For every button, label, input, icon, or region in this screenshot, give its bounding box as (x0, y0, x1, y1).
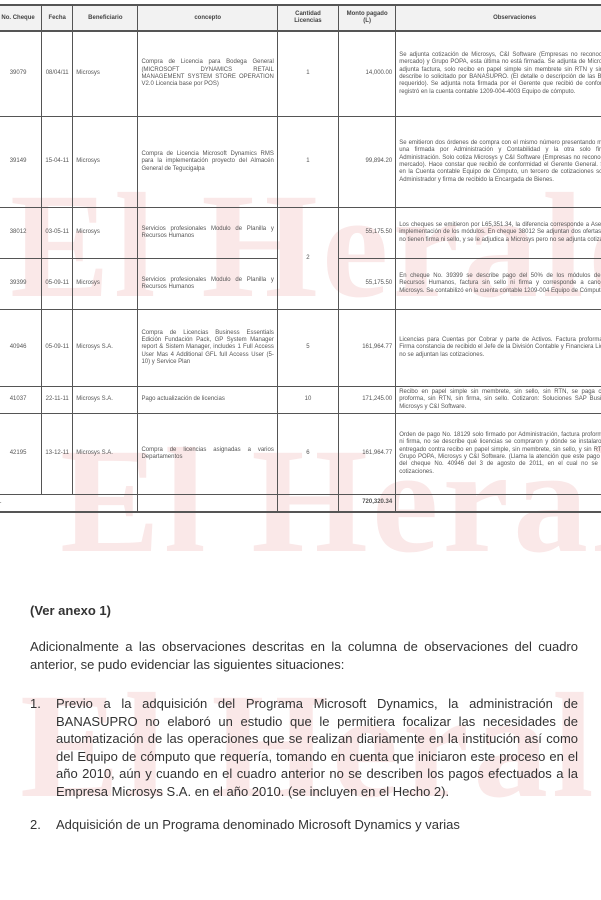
cell-no-cheque: 42195 (0, 414, 42, 495)
cell-beneficiario: Microsys S.A. (73, 414, 138, 495)
cell-cantidad: 1 (277, 117, 338, 208)
cell-monto: 14,000.00 (339, 31, 396, 117)
cell-beneficiario: Microsys S.A. (73, 310, 138, 387)
cell-observaciones: Se adjunta cotización de Microsys, C&I S… (396, 31, 601, 117)
table-header-row: No. Cheque Fecha Beneficiario concepto C… (0, 5, 601, 31)
cell-fecha: 13-12-11 (42, 414, 73, 495)
cell-observaciones: En cheque No. 39399 se describe pago del… (396, 259, 601, 310)
list-item: 2. Adquisición de un Programa denominado… (30, 816, 578, 834)
list-number: 1. (30, 695, 56, 800)
header-no-cheque: No. Cheque (0, 5, 42, 31)
payments-table: No. Cheque Fecha Beneficiario concepto C… (0, 4, 601, 513)
cell-concepto: Pago actualización de licencias (138, 387, 277, 414)
cell-beneficiario: Microsys (73, 31, 138, 117)
cell-observaciones: Licencias para Cuentas por Cobrar y part… (396, 310, 601, 387)
list-text: Previo a la adquisición del Programa Mic… (56, 695, 578, 800)
list-item: 1. Previo a la adquisición del Programa … (30, 695, 578, 800)
cell-cantidad: 6 (277, 414, 338, 495)
cell-fecha: 08/04/11 (42, 31, 73, 117)
cell-no-cheque: 39149 (0, 117, 42, 208)
table-row: 41037 22-11-11 Microsys S.A. Pago actual… (0, 387, 601, 414)
cell-cantidad: 1 (277, 31, 338, 117)
header-concepto: concepto (138, 5, 277, 31)
cell-concepto: Compra de Licencia para Bodega General (… (138, 31, 277, 117)
cell-observaciones: Recibo en papel simple sin membrete, sin… (396, 387, 601, 414)
cell-cantidad: 5 (277, 310, 338, 387)
cell-no-cheque: 40946 (0, 310, 42, 387)
header-observaciones: Observaciones (396, 5, 601, 31)
header-cantidad: Cantidad Licencias (277, 5, 338, 31)
total-amount: 720,320.34 (339, 495, 396, 513)
cell-fecha: 05-09-11 (42, 259, 73, 310)
table-row: 38012 03-05-11 Microsys Servicios profes… (0, 208, 601, 259)
header-fecha: Fecha (42, 5, 73, 31)
cell-no-cheque: 39079 (0, 31, 42, 117)
cell-monto: 55,175.50 (339, 259, 396, 310)
cell-concepto: Compra de licencias asignadas a varios D… (138, 414, 277, 495)
total-label: L (0, 495, 138, 513)
table-row: 39149 15-04-11 Microsys Compra de Licenc… (0, 117, 601, 208)
table-row: 42195 13-12-11 Microsys S.A. Compra de l… (0, 414, 601, 495)
cell-no-cheque: 38012 (0, 208, 42, 259)
cell-no-cheque: 41037 (0, 387, 42, 414)
cell-cantidad: 10 (277, 387, 338, 414)
total-empty-cell (277, 495, 338, 513)
total-empty-cell (396, 495, 601, 513)
table-row: 39079 08/04/11 Microsys Compra de Licenc… (0, 31, 601, 117)
table-row: 40946 05-09-11 Microsys S.A. Compra de L… (0, 310, 601, 387)
cell-fecha: 22-11-11 (42, 387, 73, 414)
cell-beneficiario: Microsys S.A. (73, 387, 138, 414)
cell-fecha: 15-04-11 (42, 117, 73, 208)
cell-observaciones: Los cheques se emitieron por L65,351.34,… (396, 208, 601, 259)
intro-paragraph: Adicionalmente a las observaciones descr… (30, 638, 578, 673)
cell-monto: 161,964.77 (339, 310, 396, 387)
cell-beneficiario: Microsys (73, 117, 138, 208)
cell-fecha: 05-09-11 (42, 310, 73, 387)
cell-beneficiario: Microsys (73, 208, 138, 259)
cell-beneficiario: Microsys (73, 259, 138, 310)
header-beneficiario: Beneficiario (73, 5, 138, 31)
list-text: Adquisición de un Programa denominado Mi… (56, 816, 578, 834)
cell-concepto: Servicios profesionales Modulo de Planil… (138, 259, 277, 310)
cell-monto: 99,894.20 (339, 117, 396, 208)
cell-monto: 171,245.00 (339, 387, 396, 414)
cell-no-cheque: 39399 (0, 259, 42, 310)
cell-monto: 55,175.50 (339, 208, 396, 259)
findings-list: 1. Previo a la adquisición del Programa … (30, 695, 578, 850)
cell-cantidad: 2 (277, 208, 338, 310)
total-empty-cell (138, 495, 277, 513)
cell-concepto: Compra de Licencia Microsoft Dynamics RM… (138, 117, 277, 208)
cell-observaciones: Orden de pago No. 18129 solo firmado por… (396, 414, 601, 495)
header-monto: Monto pagado (L) (339, 5, 396, 31)
list-number: 2. (30, 816, 56, 834)
table-total-row: L 720,320.34 (0, 495, 601, 513)
cell-concepto: Compra de Licencias Business Essentials … (138, 310, 277, 387)
cell-fecha: 03-05-11 (42, 208, 73, 259)
cell-monto: 161,964.77 (339, 414, 396, 495)
cell-concepto: Servicios profesionales Modulo de Planil… (138, 208, 277, 259)
cell-observaciones: Se emitieron dos órdenes de compra con e… (396, 117, 601, 208)
anexo-reference: (Ver anexo 1) (30, 602, 578, 620)
